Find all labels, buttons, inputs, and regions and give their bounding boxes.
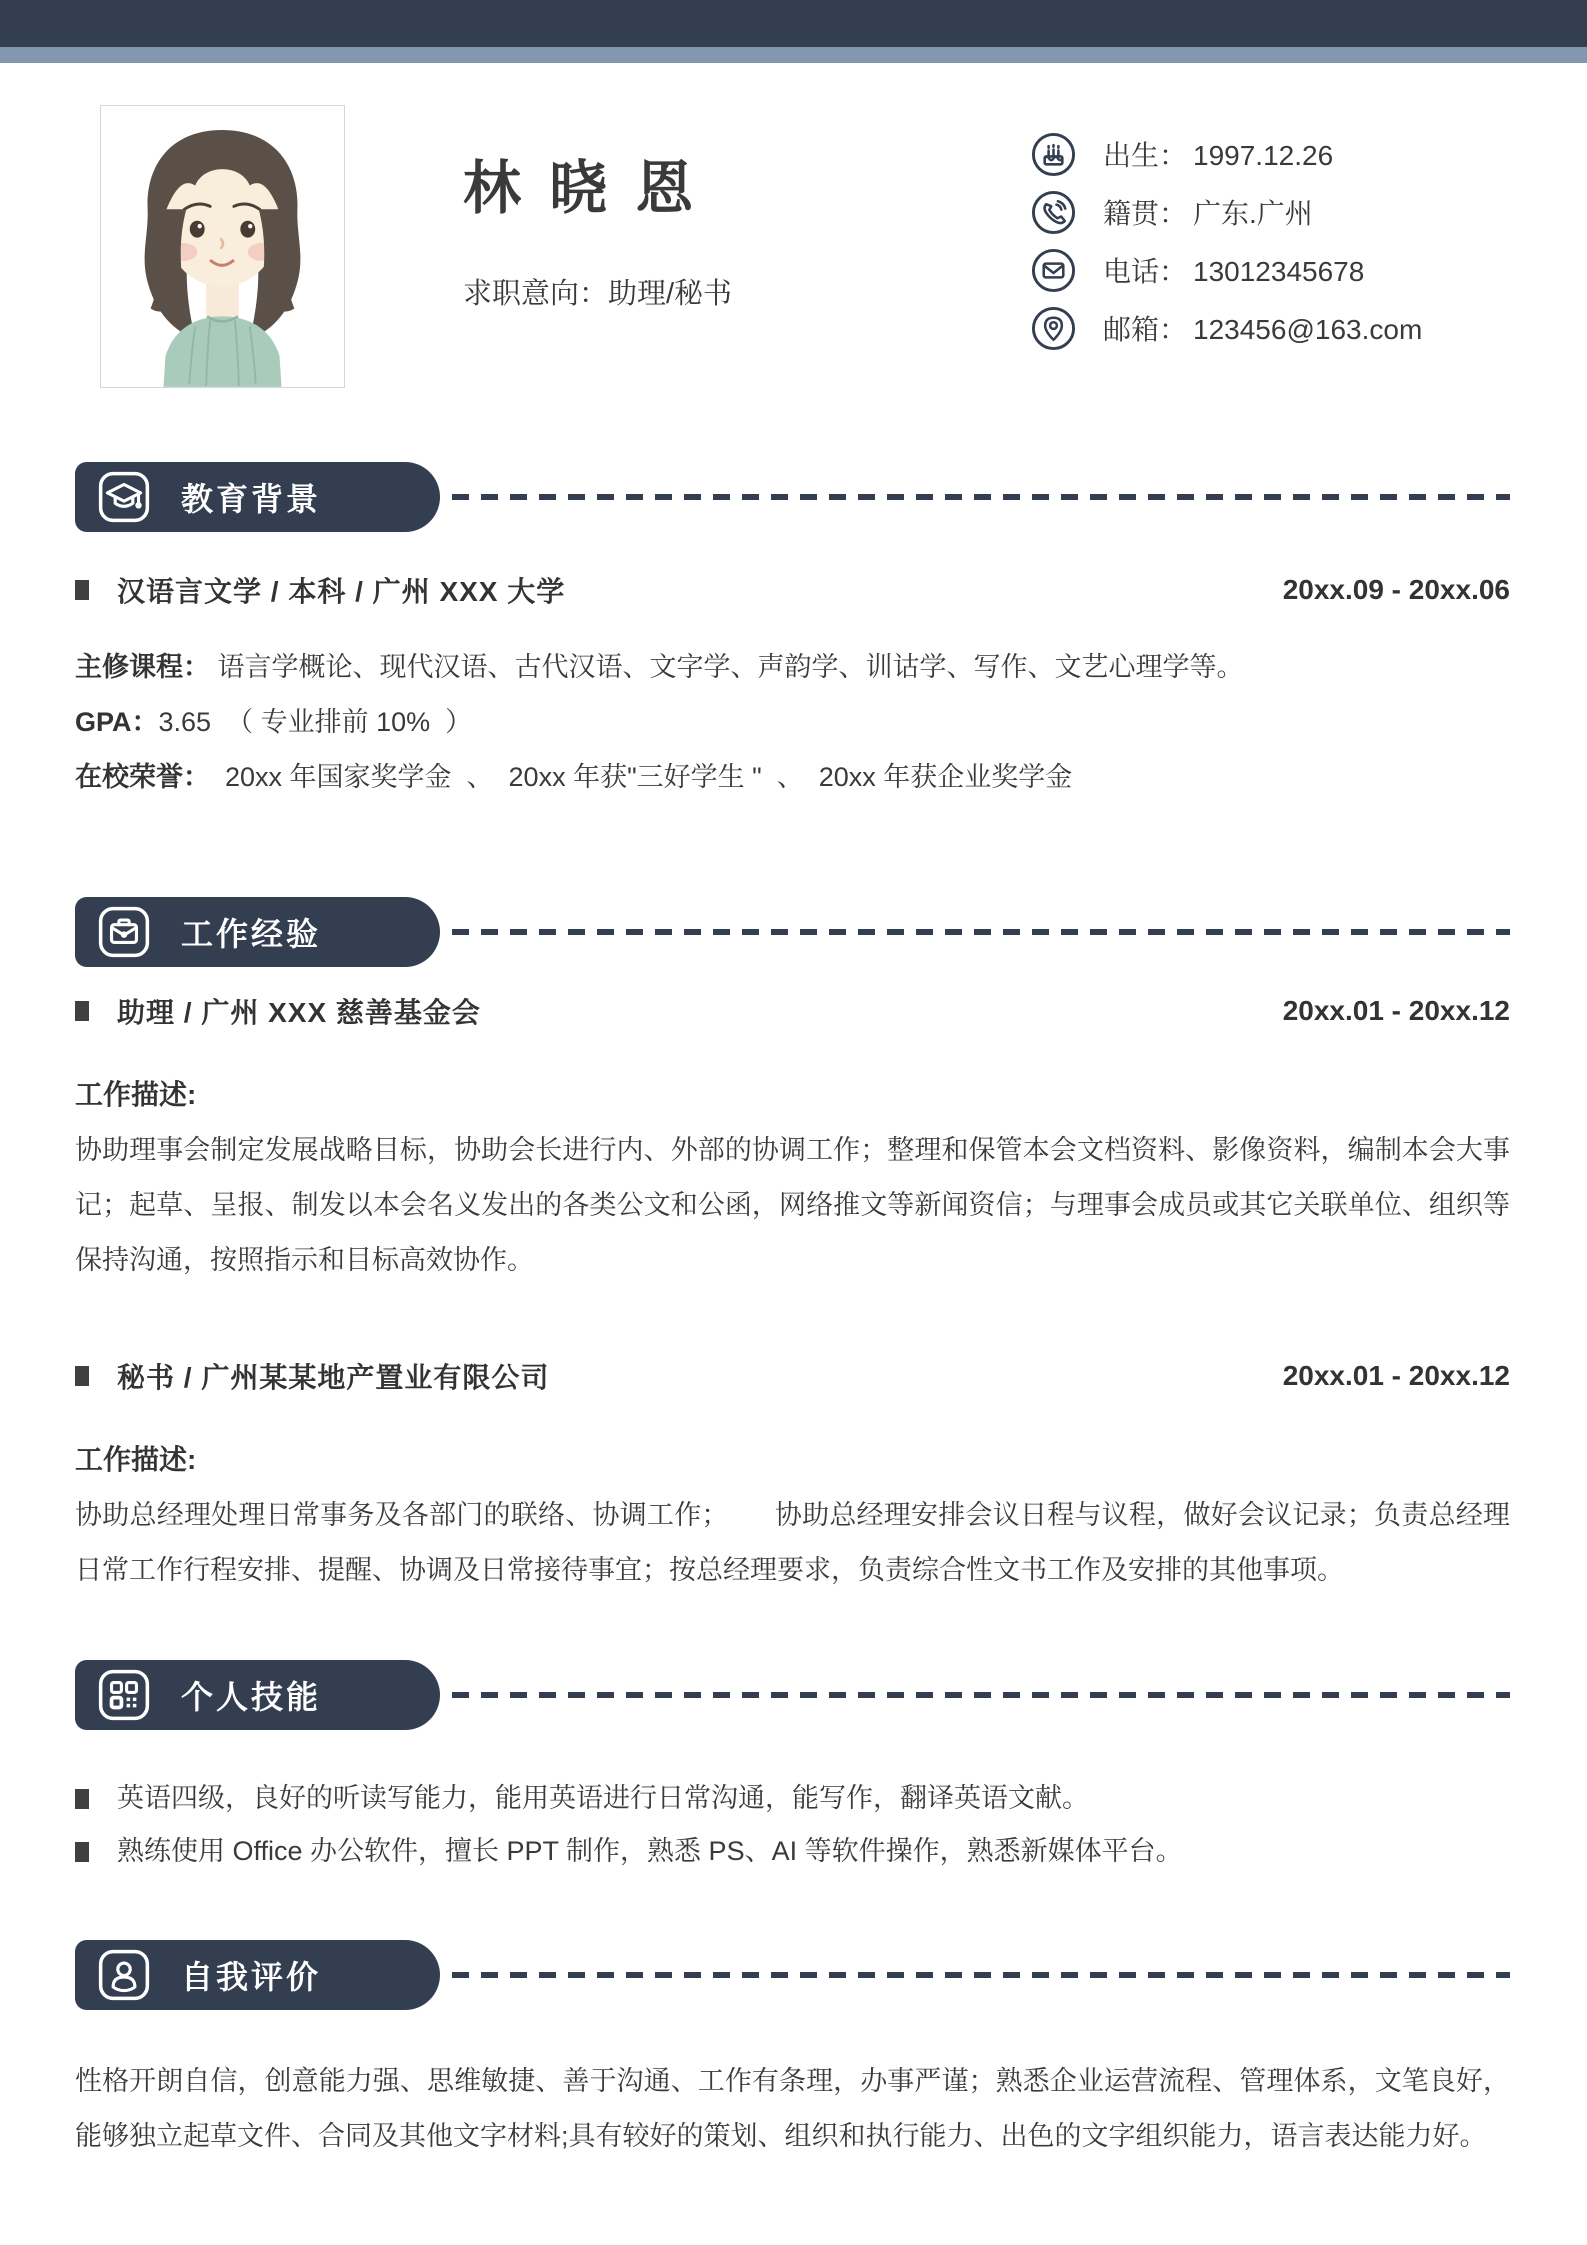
- contact-label: 邮箱：: [1103, 314, 1187, 345]
- detail-honors: 在校荣誉： 20xx 年国家奖学金 、 20xx 年获"三好学生 " 、 20x…: [75, 750, 1510, 805]
- job-intent: 求职意向：助理/秘书: [463, 271, 893, 312]
- mail-icon: [1030, 247, 1077, 294]
- location-pin-icon: [1030, 305, 1077, 352]
- job-title: 秘书 / 广州某某地产置业有限公司: [117, 1356, 549, 1396]
- section-education: 教育背景: [75, 462, 1510, 532]
- section-education-pill: 教育背景: [75, 462, 440, 532]
- education-entry: 汉语言文学 / 本科 / 广州 XXX 大学 20xx.09 - 20xx.06: [75, 570, 1510, 610]
- top-bar-accent: [0, 47, 1587, 63]
- contact-label: 籍贯：: [1103, 198, 1187, 229]
- section-title: 自我评价: [181, 1952, 321, 1998]
- contact-list: 出生：1997.12.26 籍贯：广东.广州: [1030, 125, 1510, 388]
- section-skills: 个人技能: [75, 1660, 1510, 1730]
- section-title: 个人技能: [181, 1672, 321, 1718]
- bullet-square: [75, 580, 89, 600]
- contact-value: 123456@163.com: [1193, 314, 1422, 345]
- avatar-illustration: [101, 106, 344, 387]
- bullet-square: [75, 1001, 89, 1021]
- education-details: 主修课程： 语言学概论、现代汉语、古代汉语、文字学、声韵学、训诂学、写作、文艺心…: [75, 640, 1510, 805]
- phone-icon: [1030, 189, 1077, 236]
- contact-label: 出生：: [1103, 140, 1187, 171]
- section-self-evaluation: 自我评价: [75, 1940, 1510, 2010]
- section-work: 工作经验: [75, 897, 1510, 967]
- job-title: 助理 / 广州 XXX 慈善基金会: [117, 991, 481, 1031]
- qr-grid-icon: [97, 1668, 151, 1722]
- contact-value: 13012345678: [1193, 256, 1364, 287]
- contact-row-origin: 籍贯：广东.广州: [1030, 183, 1510, 241]
- section-dash-line: [452, 929, 1510, 935]
- section-title: 教育背景: [181, 474, 321, 520]
- job-description: 协助理事会制定发展战略目标，协助会长进行内、外部的协调工作；整理和保管本会文档资…: [75, 1123, 1510, 1288]
- contact-row-email: 邮箱：123456@163.com: [1030, 299, 1510, 357]
- detail-courses: 主修课程： 语言学概论、现代汉语、古代汉语、文字学、声韵学、训诂学、写作、文艺心…: [75, 640, 1510, 695]
- skill-item: 熟练使用 Office 办公软件，擅长 PPT 制作，熟悉 PS、AI 等软件操…: [75, 1825, 1510, 1878]
- briefcase-icon: [97, 905, 151, 959]
- skill-item: 英语四级，良好的听读写能力，能用英语进行日常沟通，能写作，翻译英语文献。: [75, 1772, 1510, 1825]
- education-entry-title: 汉语言文学 / 本科 / 广州 XXX 大学: [117, 570, 565, 610]
- resume-header: 林 晓 恩 求职意向：助理/秘书 出生：1997.12.26: [75, 105, 1510, 388]
- skill-list: 英语四级，良好的听读写能力，能用英语进行日常沟通，能写作，翻译英语文献。 熟练使…: [75, 1772, 1510, 1878]
- job-date: 20xx.01 - 20xx.12: [1283, 995, 1510, 1027]
- section-dash-line: [452, 494, 1510, 500]
- job-description: 协助总经理处理日常事务及各部门的联络、协调工作； 协助总经理安排会议日程与议程，…: [75, 1488, 1510, 1598]
- job-desc-label: 工作描述:: [75, 1438, 1510, 1478]
- contact-row-phone: 电话：13012345678: [1030, 241, 1510, 299]
- self-evaluation-text: 性格开朗自信，创意能力强、思维敏捷、善于沟通、工作有条理，办事严谨；熟悉企业运营…: [75, 2054, 1510, 2164]
- job-date: 20xx.01 - 20xx.12: [1283, 1360, 1510, 1392]
- education-entry-date: 20xx.09 - 20xx.06: [1283, 574, 1510, 606]
- candidate-name: 林 晓 恩: [463, 157, 893, 221]
- resume-page: 林 晓 恩 求职意向：助理/秘书 出生：1997.12.26: [0, 0, 1587, 2245]
- bullet-square: [75, 1842, 89, 1862]
- contact-value: 1997.12.26: [1193, 140, 1333, 171]
- contact-value: 广东.广州: [1193, 198, 1313, 229]
- section-skills-pill: 个人技能: [75, 1660, 440, 1730]
- contact-row-birth: 出生：1997.12.26: [1030, 125, 1510, 183]
- contact-label: 电话：: [1103, 256, 1187, 287]
- person-icon: [97, 1948, 151, 2002]
- job-desc-label: 工作描述:: [75, 1073, 1510, 1113]
- job-entry-2: 秘书 / 广州某某地产置业有限公司 20xx.01 - 20xx.12: [75, 1356, 1510, 1396]
- section-dash-line: [452, 1972, 1510, 1978]
- profile-photo: [100, 105, 345, 388]
- bullet-square: [75, 1366, 89, 1386]
- graduation-cap-icon: [97, 470, 151, 524]
- detail-gpa: GPA：3.65 （ 专业排前 10% ）: [75, 695, 1510, 750]
- section-work-pill: 工作经验: [75, 897, 440, 967]
- section-dash-line: [452, 1692, 1510, 1698]
- top-bar-dark: [0, 0, 1587, 47]
- bullet-square: [75, 1789, 89, 1809]
- section-self-pill: 自我评价: [75, 1940, 440, 2010]
- cake-icon: [1030, 131, 1077, 178]
- job-entry-1: 助理 / 广州 XXX 慈善基金会 20xx.01 - 20xx.12: [75, 991, 1510, 1031]
- section-title: 工作经验: [181, 909, 321, 955]
